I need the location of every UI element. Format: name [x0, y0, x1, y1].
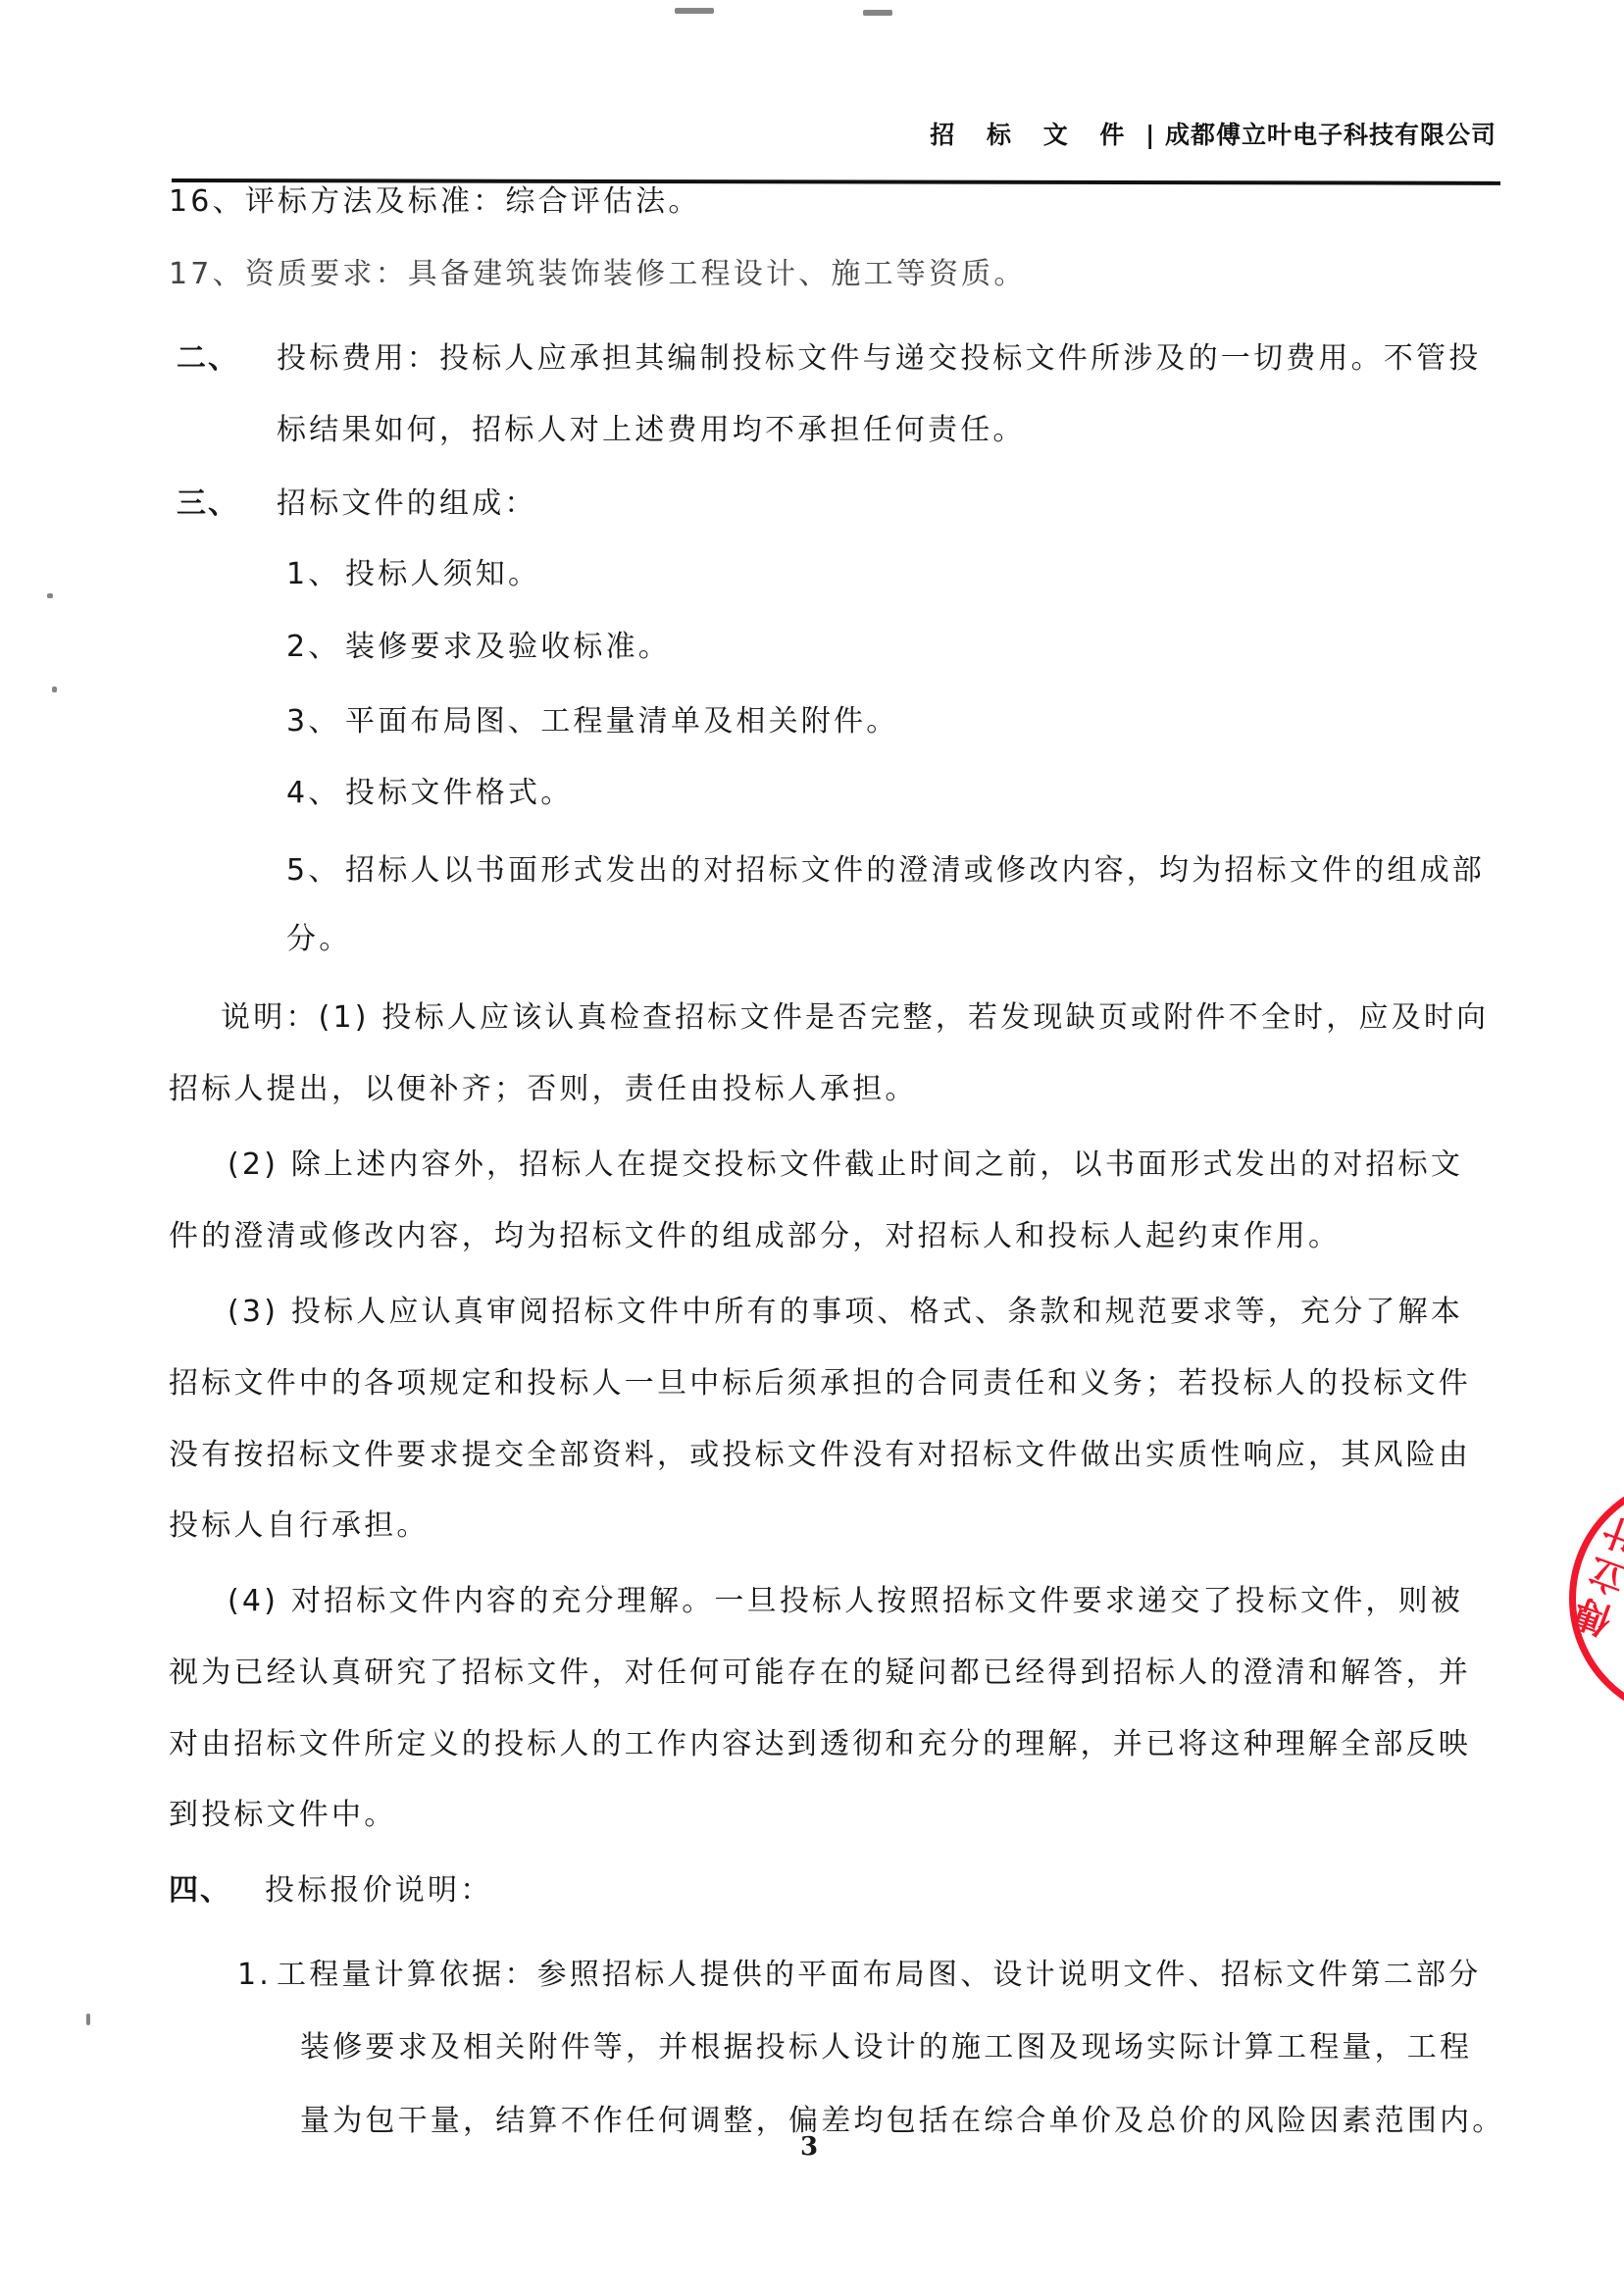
- section-3-heading: 三、招标文件的组成：: [177, 479, 537, 522]
- header-doc-type: 招 标 文 件: [930, 121, 1136, 149]
- section-2-number: 二、: [177, 333, 277, 377]
- section-2-line1: 二、投标费用：投标人应承担其编制投标文件与递交投标文件所涉及的一切费用。不管投: [177, 333, 1481, 377]
- scan-artifact: [52, 687, 57, 692]
- composition-item-3: 3、平面布局图、工程量清单及相关附件。: [286, 696, 898, 739]
- item-16: 16、评标方法及标准：综合评估法。: [169, 177, 701, 220]
- composition-item-5-cont: 分。: [286, 914, 351, 957]
- scan-artifact: [863, 10, 892, 16]
- pricing-item-1-line1: 1.工程量计算依据：参照招标人提供的平面布局图、设计说明文件、招标文件第二部分: [237, 1950, 1481, 1993]
- pricing-item-1-line2: 装修要求及相关附件等，并根据投标人设计的施工图及现场实际计算工程量，工程: [300, 2022, 1472, 2065]
- section-4-heading: 四、投标报价说明：: [169, 1865, 492, 1909]
- note-4-line4: 到投标文件中。: [169, 1790, 396, 1833]
- note-3-line2: 招标文件中的各项规定和投标人一旦中标后须承担的合同责任和义务；若投标人的投标文件: [169, 1358, 1471, 1402]
- note-3-line3: 没有按招标文件要求提交全部资料，或投标文件没有对招标文件做出实质性响应，其风险由: [169, 1430, 1471, 1473]
- header-company: 成都傅立叶电子科技有限公司: [1165, 121, 1497, 149]
- pricing-item-1-line3: 量为包干量，结算不作任何调整，偏差均包括在综合单价及总价的风险因素范围内。: [300, 2096, 1504, 2139]
- note-1-line2: 招标人提出，以便补齐；否则，责任由投标人承担。: [169, 1064, 918, 1107]
- section-2-line2: 标结果如何，招标人对上述费用均不承担任何责任。: [277, 405, 1026, 448]
- page-number: 3: [800, 2132, 818, 2162]
- scan-artifact: [86, 2014, 90, 2025]
- item-17: 17、资质要求：具备建筑装饰装修工程设计、施工等资质。: [169, 249, 1027, 292]
- note-4-line2: 视为已经认真研究了招标文件，对任何可能存在的疑问都已经得到招标人的澄清和解答，并: [169, 1648, 1471, 1691]
- composition-item-1: 1、投标人须知。: [286, 549, 540, 592]
- scan-artifact: [675, 8, 714, 14]
- section-4-number: 四、: [169, 1865, 265, 1909]
- document-page: 招 标 文 件 | 成都傅立叶电子科技有限公司 16、评标方法及标准：综合评估法…: [0, 0, 1624, 2294]
- composition-item-2: 2、装修要求及验收标准。: [286, 622, 671, 665]
- composition-item-4: 4、投标文件格式。: [286, 768, 573, 811]
- note-3-line4: 投标人自行承担。: [169, 1501, 430, 1544]
- note-4-line3: 对由招标文件所定义的投标人的工作内容达到透彻和充分的理解，并已将这种理解全部反映: [169, 1719, 1471, 1762]
- note-4-line1: (4) 对招标文件内容的充分理解。一旦投标人按照招标文件要求递交了投标文件，则被: [228, 1576, 1463, 1619]
- note-1-line1: 说明：(1) 投标人应该认真检查招标文件是否完整，若发现缺页或附件不全时，应及时…: [221, 993, 1489, 1036]
- note-2-line1: (2) 除上述内容外，招标人在提交投标文件截止时间之前，以书面形式发出的对招标文: [228, 1140, 1463, 1183]
- running-header: 招 标 文 件 | 成都傅立叶电子科技有限公司: [930, 116, 1497, 151]
- note-3-line1: (3) 投标人应认真审阅招标文件中所有的事项、格式、条款和规范要求等，充分了解本: [228, 1287, 1463, 1330]
- header-separator: |: [1145, 121, 1155, 149]
- scan-artifact: [47, 593, 53, 598]
- composition-item-5: 5、招标人以书面形式发出的对招标文件的澄清或修改内容，均为招标文件的组成部: [286, 845, 1485, 889]
- note-2-line2: 件的澄清或修改内容，均为招标文件的组成部分，对招标人和投标人起约束作用。: [169, 1211, 1341, 1254]
- section-3-number: 三、: [177, 479, 277, 522]
